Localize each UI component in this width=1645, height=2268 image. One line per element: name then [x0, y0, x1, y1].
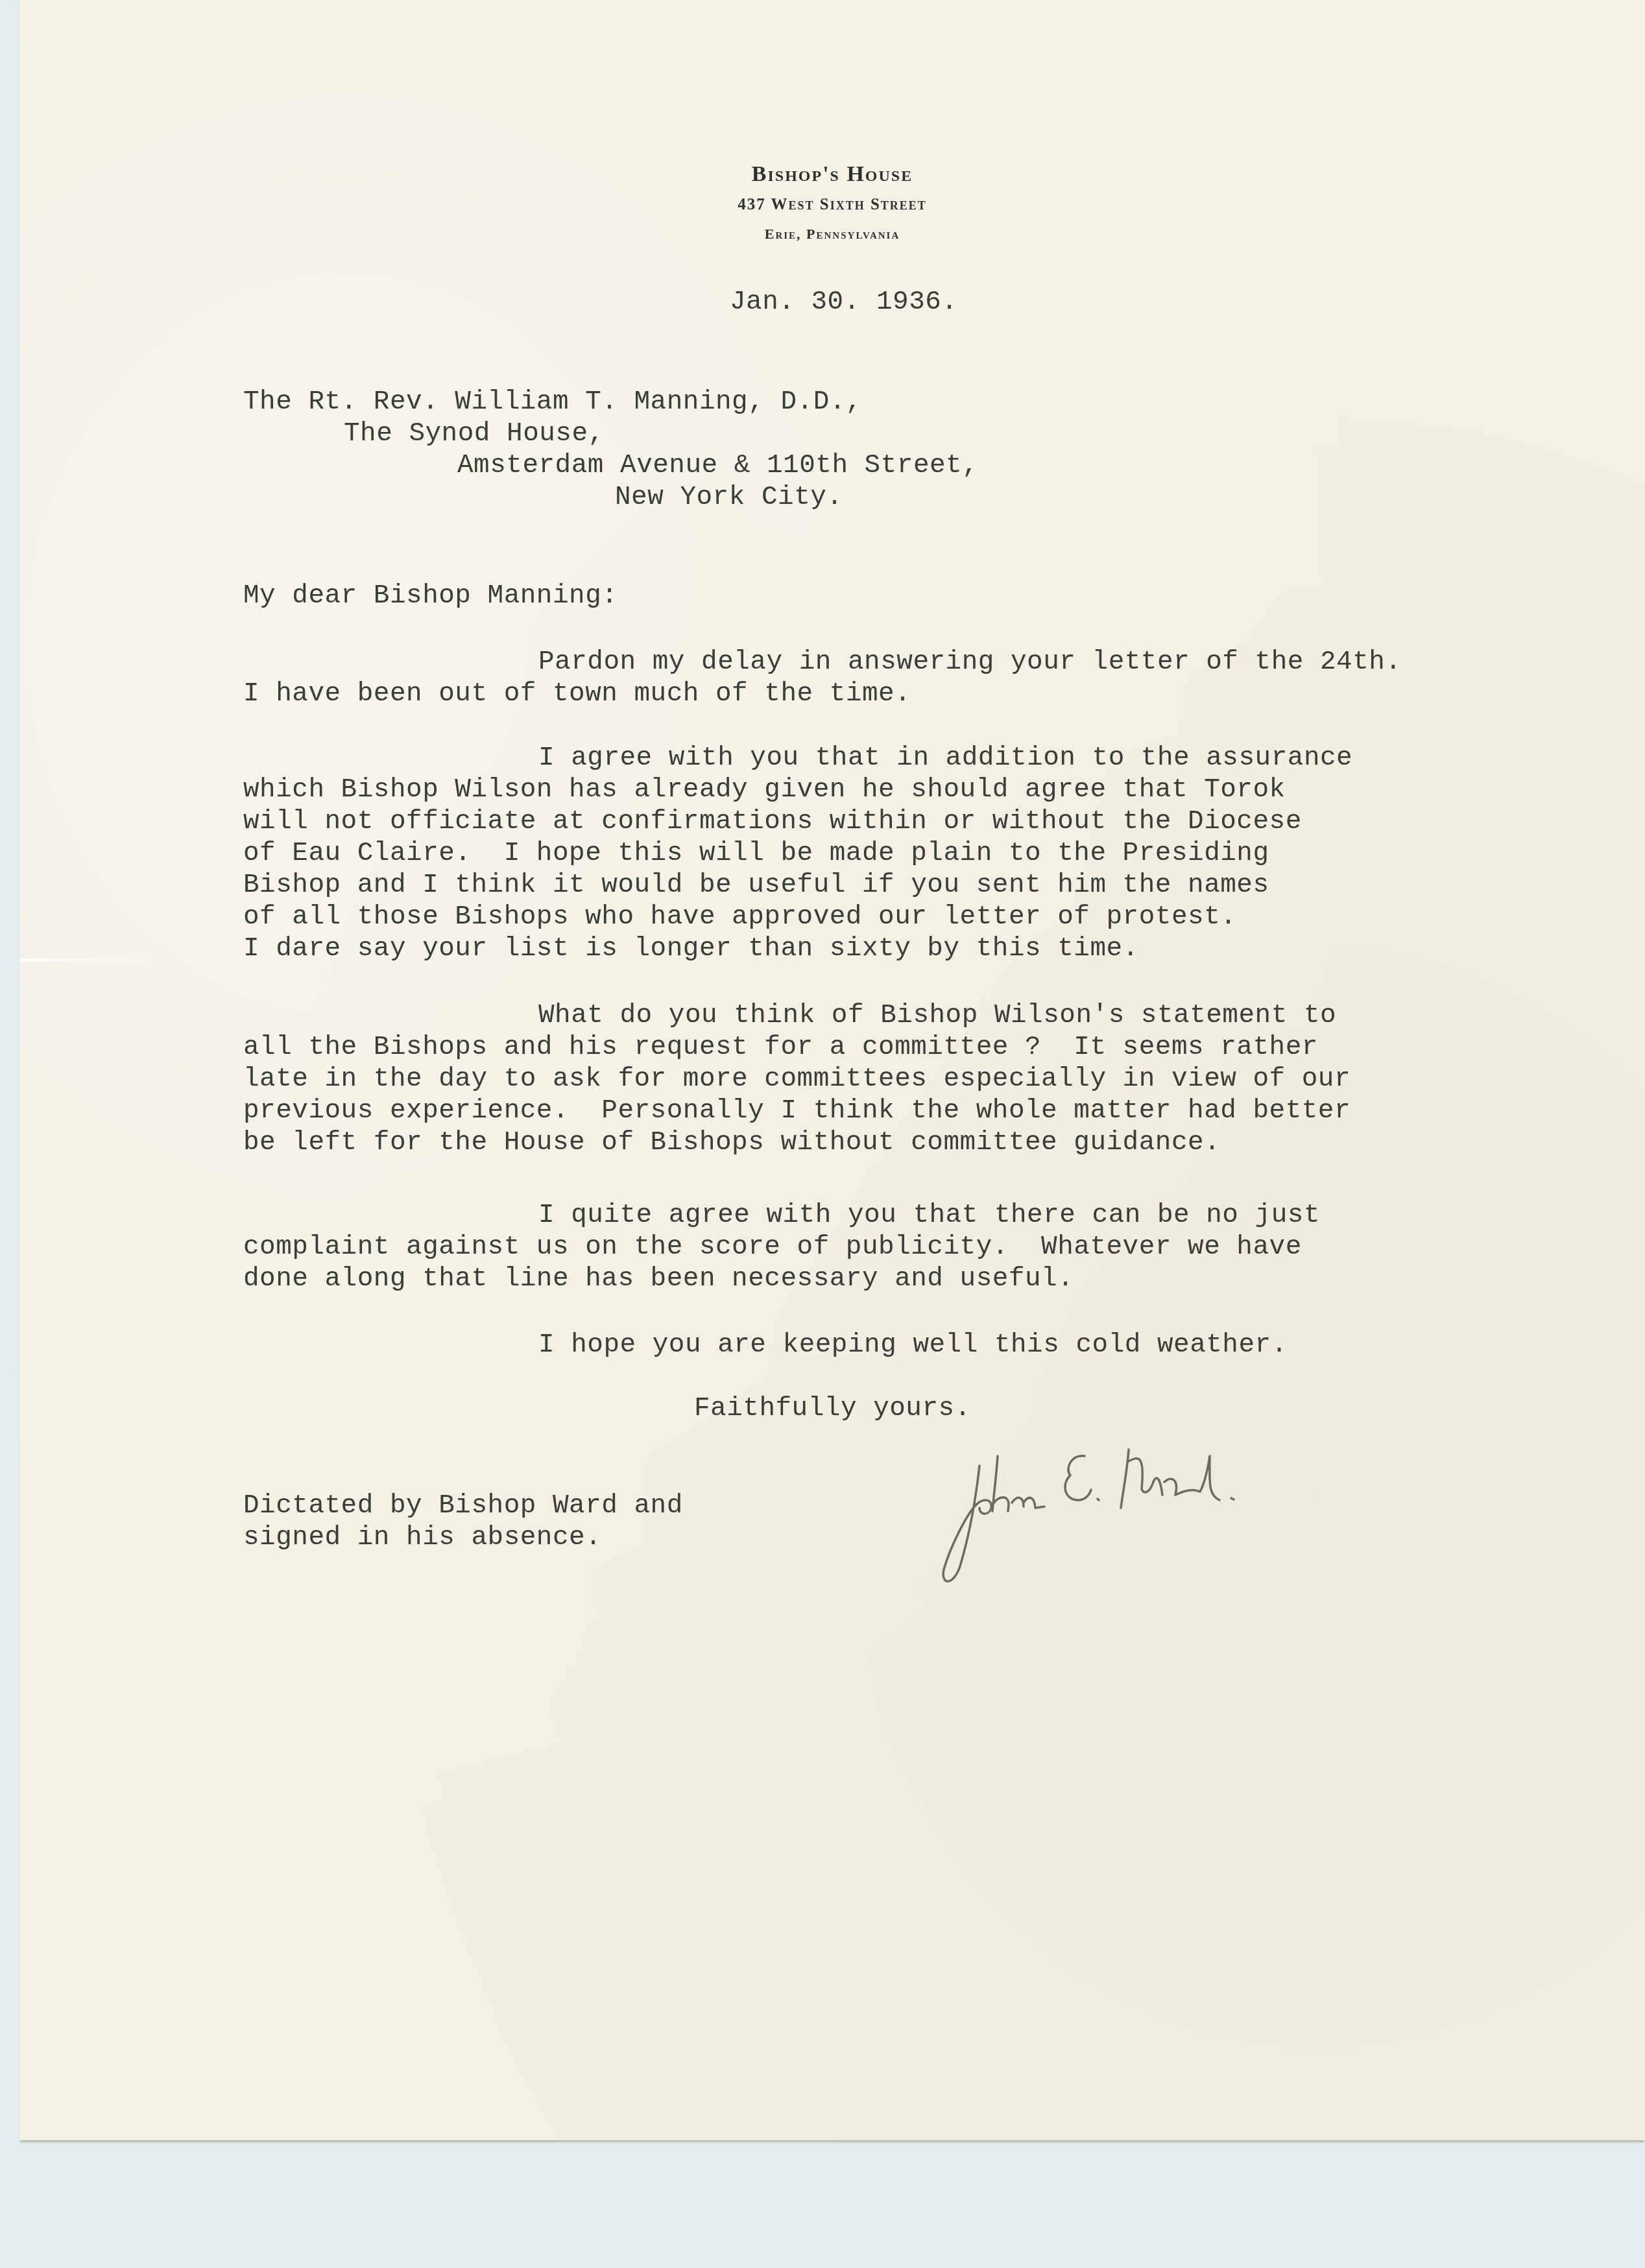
letterhead-city: Erie, Pennsylvania	[19, 226, 1645, 243]
letterhead-street: 437 West Sixth Street	[19, 196, 1645, 214]
paragraph-rest: complaint against us on the score of pub…	[243, 1232, 1302, 1294]
closing: Faithfully yours.	[694, 1393, 971, 1425]
letter-date: Jan. 30. 1936.	[730, 287, 957, 318]
letterhead-name: Bishop's House	[19, 162, 1645, 187]
recipient-line-2: The Synod House,	[344, 418, 605, 450]
dictation-note: Dictated by Bishop Ward and signed in hi…	[243, 1490, 683, 1554]
handwritten-signature: John C. Ward.	[915, 1443, 1485, 1592]
body-paragraph-1: Pardon my delay in answering your letter…	[243, 647, 1402, 710]
paragraph-first-line: What do you think of Bishop Wilson's sta…	[538, 1001, 1336, 1031]
recipient-line-1: The Rt. Rev. William T. Manning, D.D.,	[243, 387, 862, 418]
body-paragraph-3: What do you think of Bishop Wilson's sta…	[243, 1000, 1351, 1159]
signature-text: John C. Ward.	[915, 1443, 919, 1444]
recipient-line-3: Amsterdam Avenue & 110th Street,	[457, 450, 978, 482]
paragraph-first-line: I quite agree with you that there can be…	[538, 1200, 1320, 1230]
paper-fold-crease	[19, 959, 162, 962]
body-paragraph-2: I agree with you that in addition to the…	[243, 743, 1352, 965]
recipient-line-4: New York City.	[615, 482, 843, 514]
body-paragraph-4: I quite agree with you that there can be…	[243, 1200, 1320, 1295]
paragraph-first-line: I agree with you that in addition to the…	[538, 743, 1352, 773]
letter-page: Bishop's House 437 West Sixth Street Eri…	[19, 0, 1645, 2140]
paragraph-first-line: Pardon my delay in answering your letter…	[538, 647, 1402, 677]
body-paragraph-5: I hope you are keeping well this cold we…	[538, 1330, 1288, 1361]
paragraph-rest: which Bishop Wilson has already given he…	[243, 775, 1302, 964]
signature-scrawl-icon	[915, 1443, 1485, 1592]
paragraph-rest: all the Bishops and his request for a co…	[243, 1033, 1351, 1158]
paragraph-rest: I have been out of town much of the time…	[243, 679, 911, 709]
salutation: My dear Bishop Manning:	[243, 580, 618, 612]
